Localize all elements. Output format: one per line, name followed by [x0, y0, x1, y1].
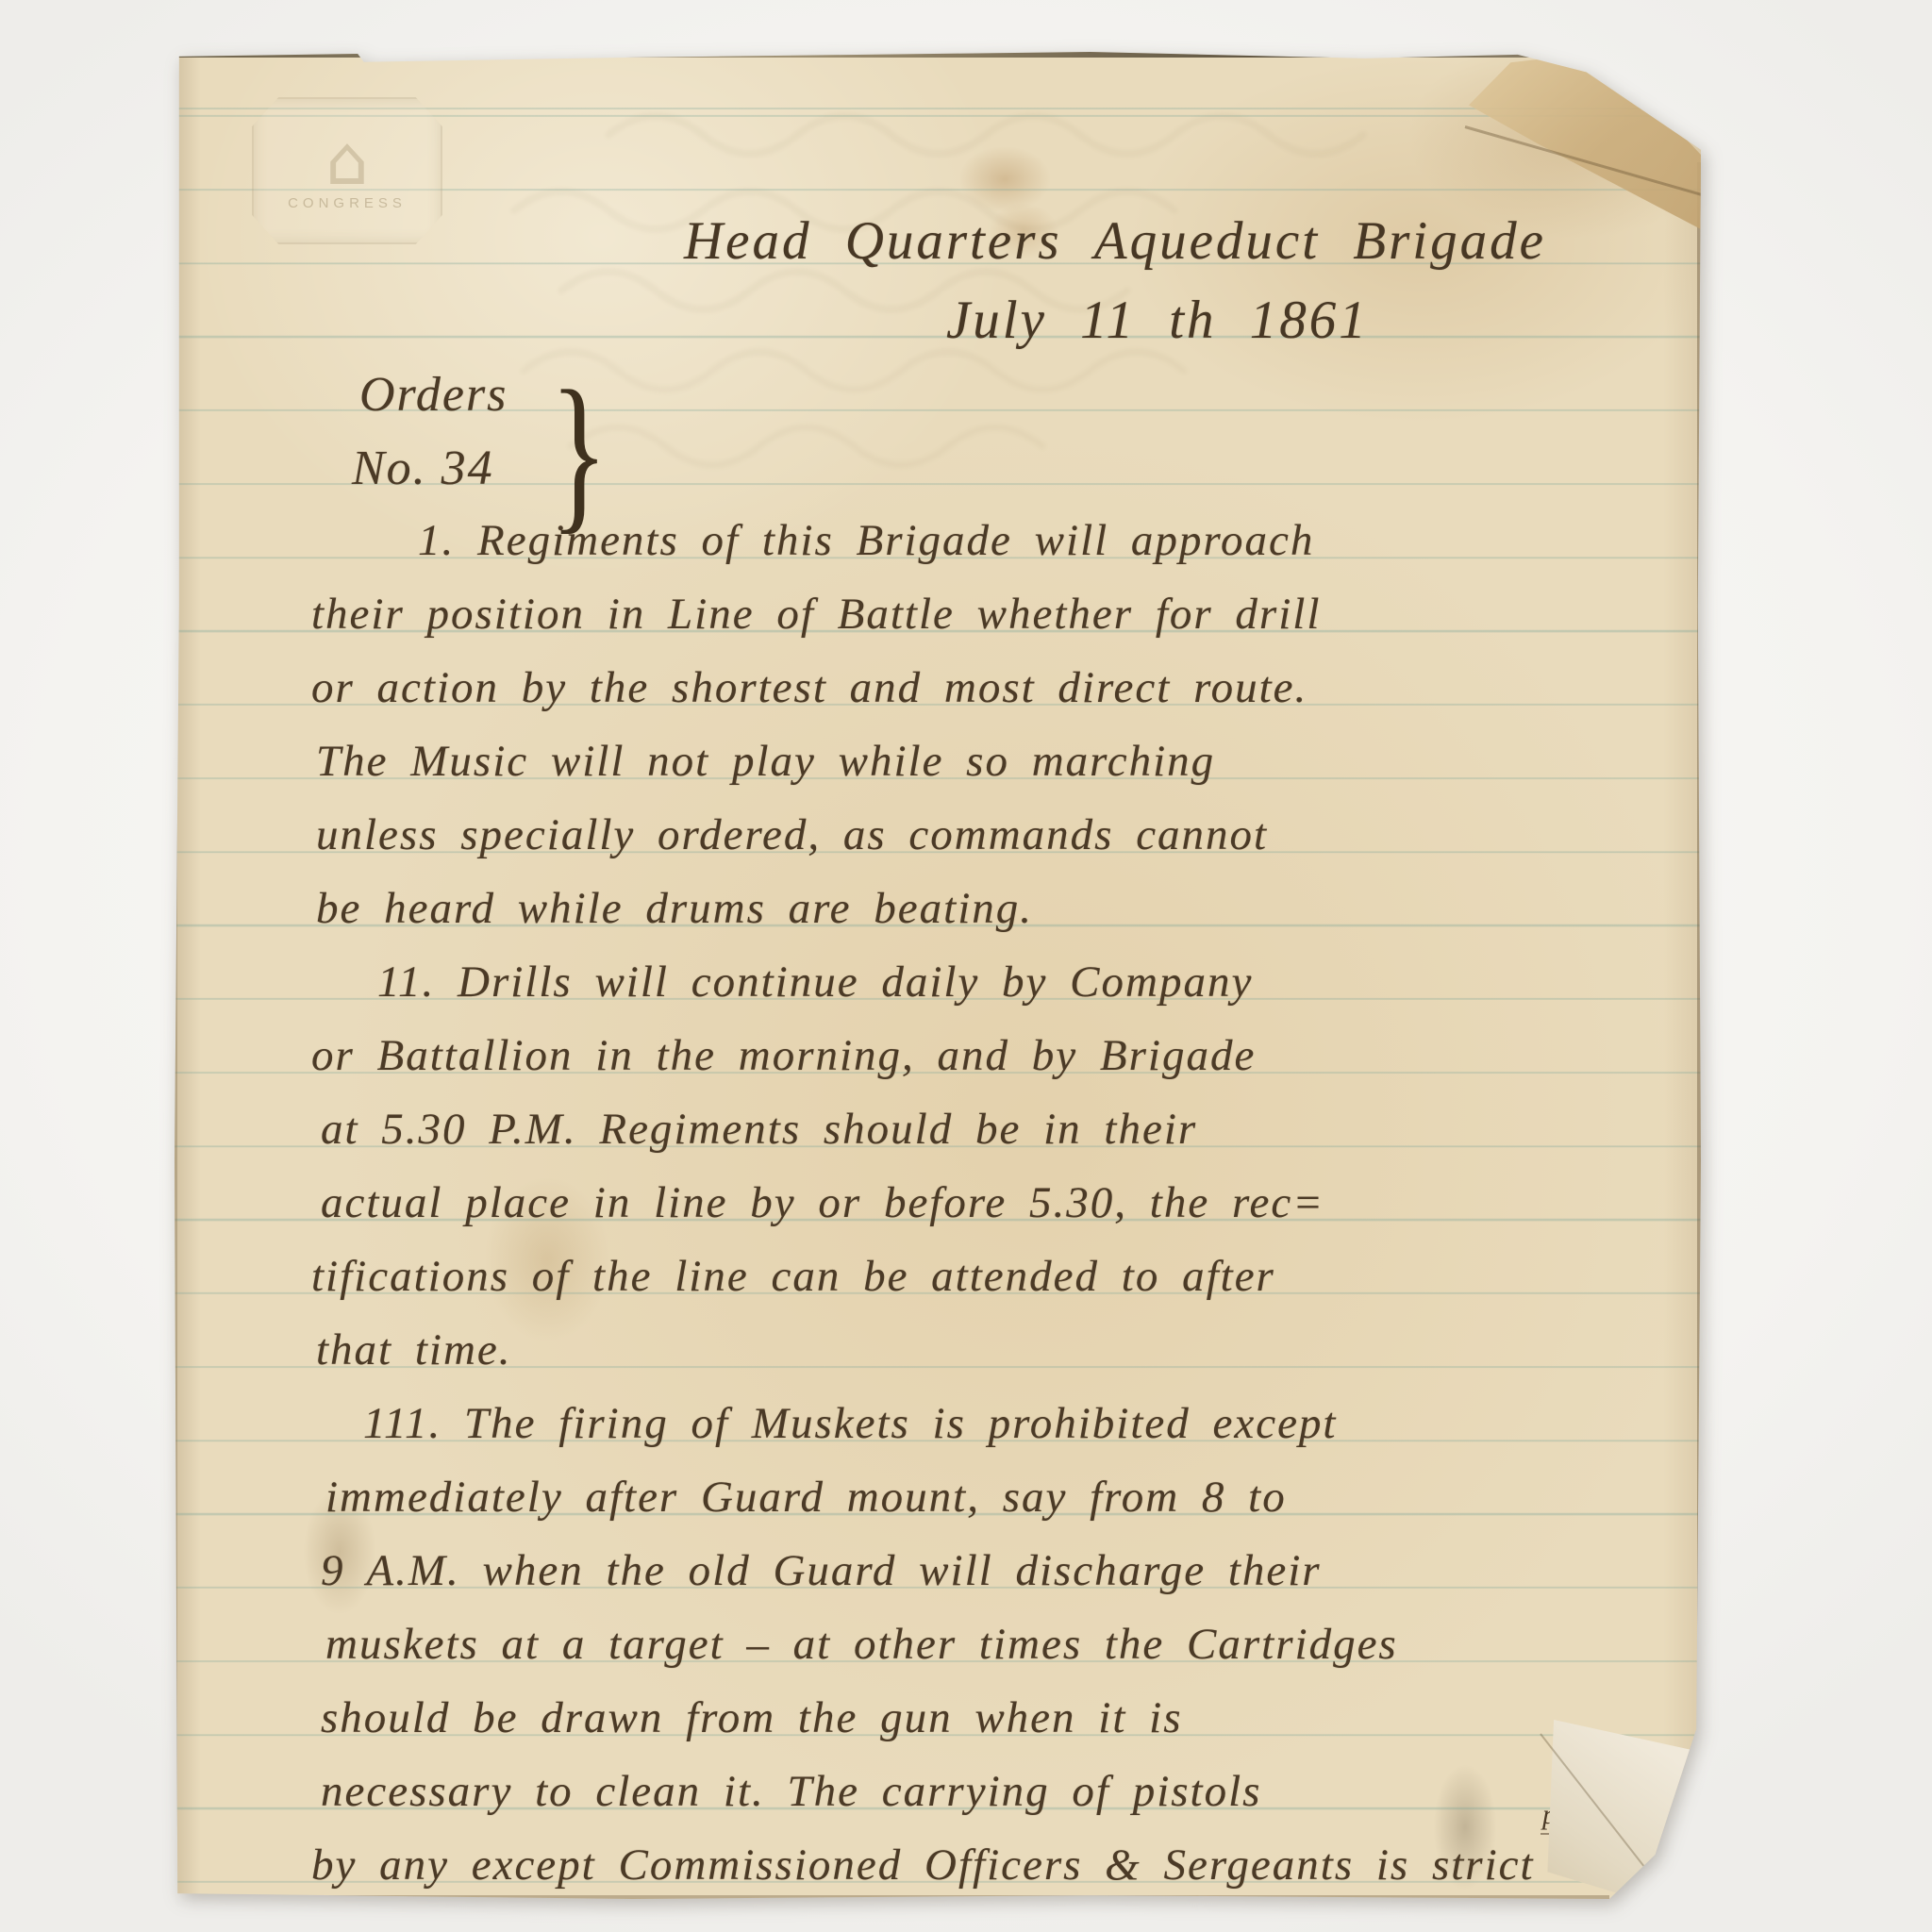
- body-line: at 5.30 P.M. Regiments should be in thei…: [321, 1104, 1197, 1155]
- paper-sheet: ⌂ CONGRESS Head Quarters Aqueduct Brigad…: [175, 52, 1701, 1899]
- body-line: necessary to clean it. The carrying of p…: [321, 1766, 1261, 1817]
- header-date-line: July 11 th 1861: [946, 290, 1369, 351]
- body-line: be heard while drums are beating.: [316, 883, 1033, 934]
- folded-corner-bottom-right: [1544, 1720, 1703, 1901]
- body-line: actual place in line by or before 5.30, …: [321, 1177, 1324, 1228]
- body-line: that time.: [316, 1324, 512, 1375]
- body-line: or Battallion in the morning, and by Bri…: [311, 1030, 1256, 1081]
- building-icon: ⌂: [325, 131, 369, 190]
- body-line: 11. Drills will continue daily by Compan…: [377, 957, 1253, 1008]
- paper-bottom-edge: [175, 1895, 1609, 1899]
- body-line: 9 A.M. when the old Guard will discharge…: [321, 1545, 1322, 1596]
- body-line: by any except Commissioned Officers & Se…: [311, 1840, 1535, 1890]
- body-line: immediately after Guard mount, say from …: [325, 1472, 1287, 1523]
- body-line: The Music will not play while so marchin…: [316, 736, 1215, 787]
- body-line: tifications of the line can be attended …: [311, 1251, 1275, 1302]
- body-line: muskets at a target – at other times the…: [325, 1619, 1398, 1670]
- stamp-maker-text: CONGRESS: [288, 195, 407, 211]
- body-line: 1. Regiments of this Brigade will approa…: [418, 515, 1314, 566]
- body-line: their position in Line of Battle whether…: [311, 589, 1321, 640]
- body-line: unless specially ordered, as commands ca…: [316, 809, 1268, 860]
- paper-top-edge: [175, 52, 1533, 58]
- paper-right-edge: [1697, 162, 1701, 1899]
- body-line: or action by the shortest and most direc…: [311, 662, 1307, 713]
- orders-word: Orders: [359, 367, 508, 423]
- document-page: ⌂ CONGRESS Head Quarters Aqueduct Brigad…: [175, 52, 1701, 1899]
- torn-corner-top-right: [1469, 52, 1701, 229]
- orders-number: No. 34: [352, 441, 494, 496]
- scan-background: ⌂ CONGRESS Head Quarters Aqueduct Brigad…: [0, 0, 1932, 1932]
- embossed-stamp: ⌂ CONGRESS: [252, 97, 442, 244]
- paper-left-edge: [175, 52, 177, 1899]
- body-line: 111. The firing of Muskets is prohibited…: [363, 1398, 1338, 1449]
- body-line: should be drawn from the gun when it is: [321, 1692, 1183, 1743]
- header-place-line: Head Quarters Aqueduct Brigade: [684, 210, 1546, 272]
